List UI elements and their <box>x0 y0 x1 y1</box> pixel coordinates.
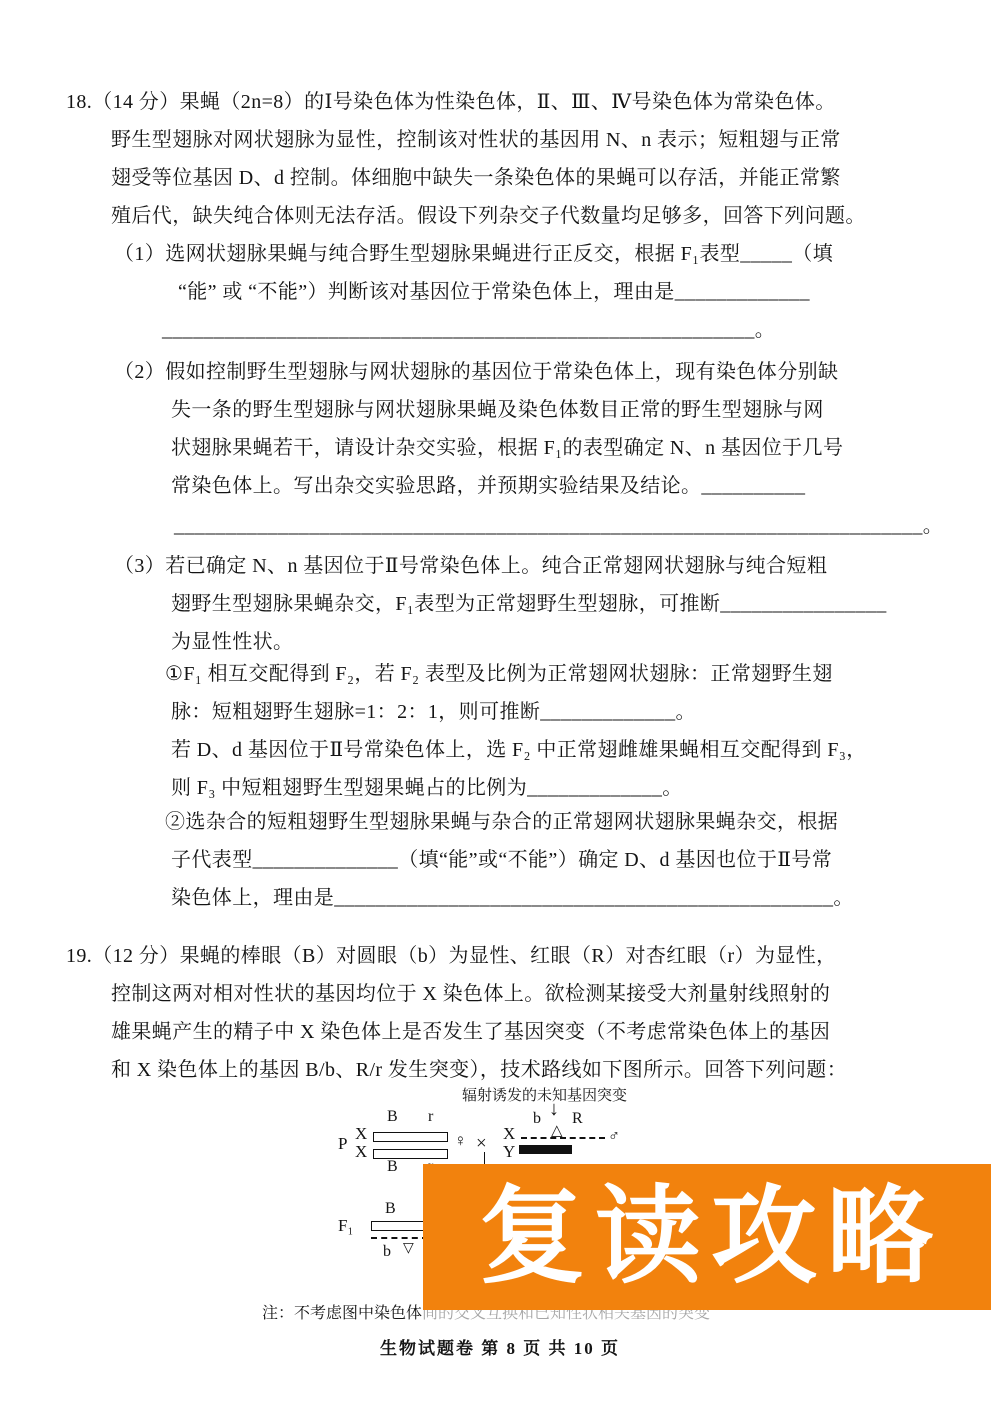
female-x-chromosome-bar <box>373 1149 448 1159</box>
q18-part1-blank-line: ________________________________________… <box>162 315 775 345</box>
q18-sub1-line: 若 D、d 基因位于Ⅱ号常染色体上，选 F₂ 中正常翅雌雄果蝇相互交配得到 F₃… <box>171 735 867 765</box>
mutation-site-triangle-icon: △ <box>551 1121 563 1140</box>
mutation-annotation: 辐射诱发的未知基因突变 <box>462 1084 627 1105</box>
male-icon: ♂ <box>608 1128 620 1146</box>
gene-B-label: B <box>387 1108 398 1126</box>
y-chromosome-bar <box>519 1145 572 1154</box>
exam-page: 18.（14 分）果蝇（2n=8）的Ⅰ号染色体为性染色体，Ⅱ、Ⅲ、Ⅳ号染色体为常… <box>0 0 1000 1412</box>
q18-sub2-line: ②选杂合的短粗翅野生型翅脉果蝇与杂合的正常翅网状翅脉果蝇杂交，根据 <box>165 807 838 837</box>
x-chromosome-label: X <box>355 1124 367 1144</box>
q18-sub1-line: 脉：短粗翅野生翅脉=1：2：1，则可推断_____________。 <box>171 697 696 727</box>
q18-stem-line: 野生型翅脉对网状翅脉为显性，控制该对性状的基因用 N、n 表示；短粗翅与正常 <box>111 125 841 155</box>
q18-sub1-line: 则 F₃ 中短粗翅野生型翅果蝇占的比例为_____________。 <box>171 773 683 803</box>
q19-stem-line: 和 X 染色体上的基因 B/b、R/r 发生突变），技术路线如下图所示。回答下列… <box>111 1055 847 1085</box>
q18-part3-line: 为显性性状。 <box>171 627 293 657</box>
q19-stem-line: 控制这两对相对性状的基因均位于 X 染色体上。欲检测某接受大剂量射线照射的 <box>111 979 830 1009</box>
down-arrow-icon: ↓ <box>549 1098 559 1121</box>
q18-part1-line: （1）选网状翅脉果蝇与纯合野生型翅脉果蝇进行正反交，根据 F₁表型_____（填 <box>114 239 833 269</box>
q18-stem-line: 18.（14 分）果蝇（2n=8）的Ⅰ号染色体为性染色体，Ⅱ、Ⅲ、Ⅳ号染色体为常… <box>66 87 836 117</box>
gene-B-label: B <box>385 1200 396 1218</box>
note-prefix: 注：不考虑图中染色体 <box>262 1305 422 1322</box>
irradiated-x-chromosome-dashed <box>521 1137 605 1139</box>
y-chromosome-label: Y <box>503 1142 515 1162</box>
q18-sub2-line: 子代表型______________（填“能”或“不能”）确定 D、d 基因也位… <box>171 845 832 875</box>
q19-stem-line: 19.（12 分）果蝇的棒眼（B）对圆眼（b）为显性、红眼（R）对杏红眼（r）为… <box>66 941 837 971</box>
watermark-banner: 复读攻略 <box>423 1164 991 1310</box>
q18-stem-line: 翅受等位基因 D、d 控制。体细胞中缺失一条染色体的果蝇可以存活，并能正常繁 <box>111 163 841 193</box>
cross-icon: × <box>476 1133 487 1155</box>
gene-b-label: b <box>533 1110 541 1128</box>
q18-sub1-line: ①F₁ 相互交配得到 F₂，若 F₂ 表型及比例为正常翅网状翅脉：正常翅野生翅 <box>165 659 833 689</box>
q18-stem-line: 殖后代，缺失纯合体则无法存活。假设下列杂交子代数量均足够多，回答下列问题。 <box>111 201 866 231</box>
q18-part3-line: 翅野生型翅脉果蝇杂交，F₁表型为正常翅野生型翅脉，可推断____________… <box>171 589 887 619</box>
gene-R-label: R <box>572 1110 583 1128</box>
q18-part2-blank-line: ________________________________________… <box>174 511 943 541</box>
gene-r-label: r <box>428 1108 433 1126</box>
page-footer: 生物试题卷 第 8 页 共 10 页 <box>0 1334 1000 1359</box>
f1-x-chromosome-bar <box>371 1221 430 1231</box>
q18-sub2-line: 染色体上，理由是________________________________… <box>171 883 854 913</box>
x-chromosome-label: X <box>355 1142 367 1162</box>
q19-stem-line: 雄果蝇产生的精子中 X 染色体上是否发生了基因突变（不考虑常染色体上的基因 <box>111 1017 830 1047</box>
gene-B-label: B <box>387 1158 398 1176</box>
watermark-text: 复读攻略 <box>471 1184 943 1290</box>
female-x-chromosome-bar <box>373 1132 448 1142</box>
p-generation-label: P <box>338 1134 347 1154</box>
female-icon: ♀ <box>454 1131 467 1151</box>
x-chromosome-label: X <box>503 1124 515 1144</box>
gene-b-label: b <box>383 1243 391 1261</box>
q18-part2-line: 常染色体上。写出杂交实验思路，并预期实验结果及结论。__________ <box>171 471 805 501</box>
q18-part3-line: （3）若已确定 N、n 基因位于Ⅱ号常染色体上。纯合正常翅网状翅脉与纯合短粗 <box>114 551 827 581</box>
q18-part1-line: “能” 或 “不能”）判断该对基因位于常染色体上，理由是____________… <box>178 277 810 307</box>
f1-x-chromosome-dashed <box>371 1237 428 1239</box>
q18-part2-line: （2）假如控制野生型翅脉与网状翅脉的基因位于常染色体上，现有染色体分别缺 <box>114 357 838 387</box>
f1-mutation-triangle-icon: ▽ <box>403 1240 414 1257</box>
q18-part2-line: 状翅脉果蝇若干，请设计杂交实验，根据 F₁的表型确定 N、n 基因位于几号 <box>171 433 843 463</box>
f1-generation-label: F₁ <box>338 1216 353 1236</box>
q18-part2-line: 失一条的野生型翅脉与网状翅脉果蝇及染色体数目正常的野生型翅脉与网 <box>171 395 824 425</box>
